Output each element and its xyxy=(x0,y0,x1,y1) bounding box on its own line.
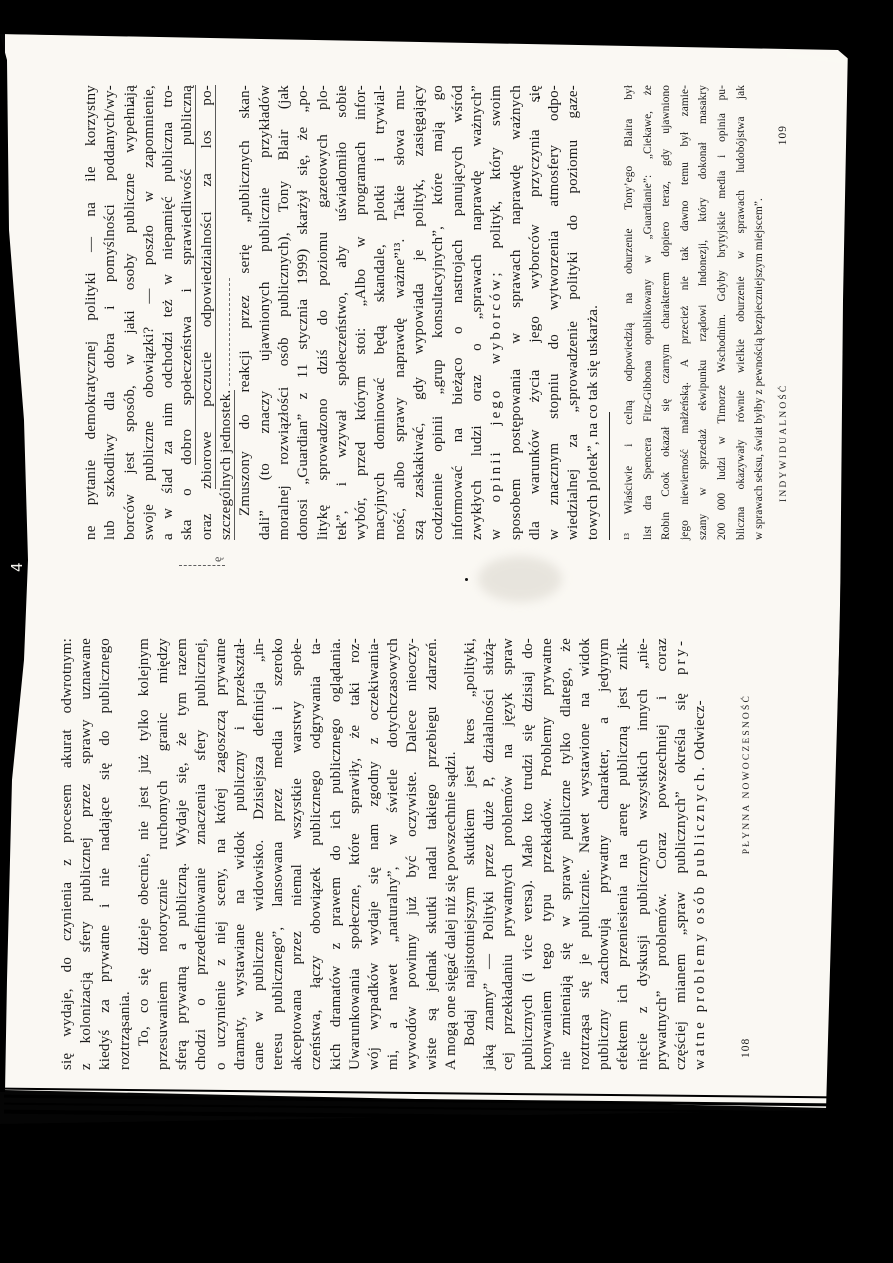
text-line: wiedzialnej za „sprowadzenie polityki do… xyxy=(564,85,583,540)
text-line: wywodów powinny już być oczywiste. Dalec… xyxy=(403,638,422,1070)
text-line: jaką znamy” — Polityki przez duże P, dzi… xyxy=(480,638,499,1070)
text-line: sposobem postępowania w sprawach naprawd… xyxy=(507,85,526,540)
page-108: się wydaje, do czynienia z procesem akur… xyxy=(58,638,778,1070)
text-line: cej przekładaniu prywatnych problemów na… xyxy=(499,638,518,1070)
text-line: roztrząsa się je publicznie. Nawet wysta… xyxy=(576,638,595,1070)
text-line: nie zmieniają się w sprawy publiczne tyl… xyxy=(557,638,576,1070)
footnote-rule xyxy=(609,412,610,540)
page-109-running-footer: INDYWIDUALNOŚĆ 109 xyxy=(777,85,789,540)
text-line: sferą prywatną a publiczną. Wydaje się, … xyxy=(173,638,192,1070)
page-109: ne pytanie demokratycznej polityki — na … xyxy=(82,85,822,540)
running-title-108: PŁYNNA NOWOCZESNOŚĆ xyxy=(742,694,752,854)
dust-speck xyxy=(132,102,134,104)
text-line: czeństwa, łączy obowiązek publicznego od… xyxy=(307,638,326,1070)
text-line: Uwarunkowania społeczne, które sprawiły,… xyxy=(346,638,365,1070)
text-line: borców jest sposób, w jaki osoby publicz… xyxy=(121,85,140,540)
text-line: wój wypadków wydaje się nam zgodny z ocz… xyxy=(365,638,384,1070)
page-109-footnote: ¹³ Właściwie i celną odpowiedzią na obur… xyxy=(620,85,769,540)
text-line: litykę sprowadzono dziś do poziomu gazet… xyxy=(314,85,333,540)
text-line: Bodaj najistotniejszym skutkiem jest kre… xyxy=(461,638,480,1070)
page-number-109: 109 xyxy=(777,125,789,145)
page-108-body-text: się wydaje, do czynienia z procesem akur… xyxy=(58,638,710,1070)
text-line: zwykłych ludzi oraz o „sprawach naprawdę… xyxy=(468,85,487,540)
spine-scribble: 4 xyxy=(8,562,26,572)
text-line: z kolonizacją sfery publicznej przez spr… xyxy=(77,638,96,1070)
text-line: moralnej rozwiązłości osób publicznych),… xyxy=(275,85,294,540)
pencil-margin-mark: ę xyxy=(179,546,225,566)
text-line: cane w publiczne widowisko. Dzisiejsza d… xyxy=(250,638,269,1070)
text-line: w opinii jego wyborców; polityk, który s… xyxy=(487,85,506,540)
dust-speck xyxy=(465,578,468,581)
text-line: 200 000 ludzi w Timorze Wschodnim. Gdyby… xyxy=(713,85,732,540)
scanned-document: ne pytanie demokratycznej polityki — na … xyxy=(0,0,893,1263)
running-title-109: INDYWIDUALNOŚĆ xyxy=(779,384,789,502)
page-108-running-footer: 108 PŁYNNA NOWOCZESNOŚĆ xyxy=(740,638,752,1070)
text-line: prywatnych” problemów. Coraz powszechnie… xyxy=(653,638,672,1070)
text-line: publiczny zachowują prywatny charakter, … xyxy=(595,638,614,1070)
gutter-shadow xyxy=(478,556,562,602)
text-line: swoje publiczne obowiązki? — poszło w za… xyxy=(140,85,159,540)
text-line: watne problemy osób publicznych. Odwiecz… xyxy=(691,638,710,1070)
page-number-108: 108 xyxy=(740,1038,752,1058)
text-line: konywaniem tego typu przekładów. Problem… xyxy=(538,638,557,1070)
text-line: ne pytanie demokratycznej polityki — na … xyxy=(82,85,101,540)
text-line: publicznych (i vice versa). Mało kto tru… xyxy=(519,638,538,1070)
text-line: ska o dobro społeczeństwa i sprawiedliwo… xyxy=(178,85,197,540)
text-line: oraz zbiorowe poczucie odpowiedzialności… xyxy=(198,85,217,540)
text-line: teresu publicznego”, lansowana przez med… xyxy=(269,638,288,1070)
text-line: jego niewierność małżeńską. A przecież n… xyxy=(676,85,695,540)
text-line: szczególnych jednostek. xyxy=(217,85,236,540)
page-109-body-text: ne pytanie demokratycznej polityki — na … xyxy=(82,85,603,540)
text-line: lub szkodliwy dla dobra i pomyślności po… xyxy=(101,85,120,540)
text-line: szany w sprzedaż ekwipunku rządowi Indon… xyxy=(694,85,713,540)
text-line: o uczynienie z niej sceny, na której zag… xyxy=(212,638,231,1070)
text-line: przesuwaniem notorycznie ruchomych grani… xyxy=(154,638,173,1070)
text-line: akceptowana przez niemal wszystkie warst… xyxy=(288,638,307,1070)
dust-speck xyxy=(538,96,540,99)
text-line: A mogą one sięgać dalej niż się powszech… xyxy=(442,638,461,1070)
text-line: towych plotek”, na co tak się uskarża. xyxy=(584,85,603,540)
text-line: wybór, przed którym stoi: „Albo w progra… xyxy=(352,85,371,540)
text-line: efektem ich przeniesienia na arenę publi… xyxy=(614,638,633,1070)
text-line: dramaty, wystawiane na widok publiczny i… xyxy=(231,638,250,1070)
text-line: tek”, i wzywał społeczeństwo, aby uświad… xyxy=(333,85,352,540)
text-line: codziennie opinii „grup konsultacyjnych”… xyxy=(429,85,448,540)
text-line: bliczna okazywały równie wielkie oburzen… xyxy=(732,85,751,540)
text-line: w znacznym stopniu do wytworzenia atmosf… xyxy=(545,85,564,540)
text-line: wiste są jednak skutki nadal takiego prz… xyxy=(423,638,442,1070)
text-line: w sprawach seksu, świat byłby z pewności… xyxy=(750,85,769,540)
pencil-margin-letter: ę xyxy=(210,557,225,562)
text-line: ¹³ Właściwie i celną odpowiedzią na obur… xyxy=(620,85,639,540)
text-line: ność, albo sprawy naprawdę ważne”¹³. Tak… xyxy=(391,85,410,540)
text-line: To, co się dzieje obecnie, nie jest już … xyxy=(135,638,154,1070)
text-line: dali” (to znaczy ujawnionych publicznie … xyxy=(256,85,275,540)
text-line: list dra Spencera Fitz-Gibbona opublikow… xyxy=(639,85,658,540)
text-line: informować na bieżąco o nastrojach panuj… xyxy=(449,85,468,540)
text-line: kich dramatów z prawem do ich publiczneg… xyxy=(327,638,346,1070)
text-line: mi, a nawet „naturalny”, w świetle dotyc… xyxy=(384,638,403,1070)
text-line: macyjnych dominować będą skandale, plotk… xyxy=(371,85,390,540)
text-line: chodzi o przedefiniowanie znaczenia sfer… xyxy=(192,638,211,1070)
text-line: dla warunków życia jego wyborców przyczy… xyxy=(526,85,545,540)
text-line: kiedyś za prywatne i nie nadające się do… xyxy=(96,638,115,1070)
text-line: nięcie z dyskusji publicznych wszystkich… xyxy=(634,638,653,1070)
text-line: donosi „Guardian” z 11 stycznia 1999) sk… xyxy=(294,85,313,540)
text-line: a w ślad za nim odchodzi też w niepamięć… xyxy=(159,85,178,540)
text-line: częściej mianem „spraw publicznych” okre… xyxy=(672,638,691,1070)
text-line: Zmuszony do reakcji przez serię „publicz… xyxy=(236,85,255,540)
text-line: szą zaskakiwać, gdy wypowiada je polityk… xyxy=(410,85,429,540)
text-line: się wydaje, do czynienia z procesem akur… xyxy=(58,638,77,1070)
text-line: roztrząsania. xyxy=(116,638,135,1070)
text-line: Robin Cook okazał się czarnym charaktere… xyxy=(657,85,676,540)
pencil-dash-tail xyxy=(228,278,230,386)
